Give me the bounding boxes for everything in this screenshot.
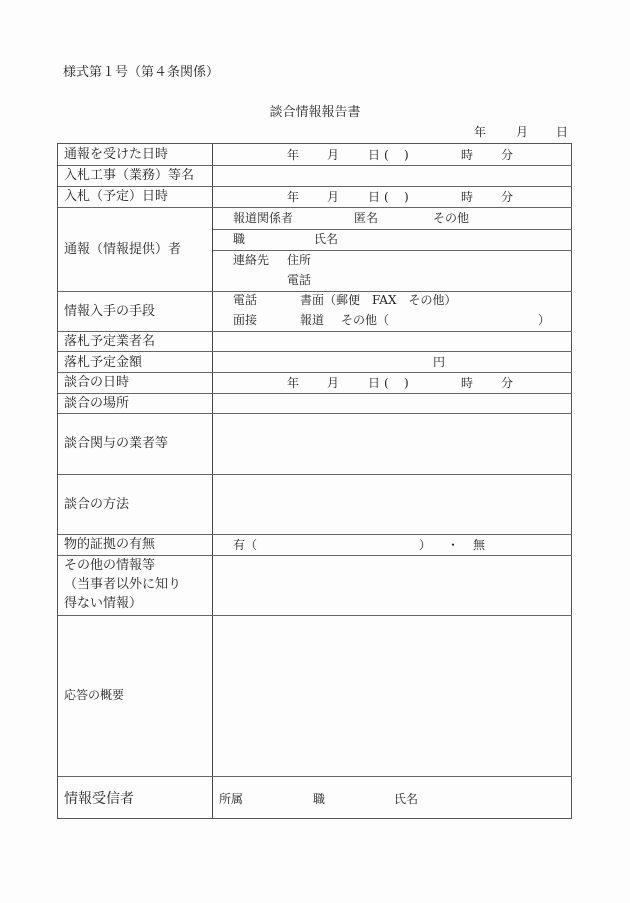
winning-amount-label: 落札予定金額 [64, 356, 142, 369]
minute-unit: 分 [501, 191, 513, 203]
winning-bidder-field[interactable] [218, 335, 568, 349]
row-divider [58, 393, 572, 394]
recipient-position-label[interactable]: 職 [313, 793, 325, 805]
row-divider [58, 776, 572, 777]
row-divider [58, 165, 572, 166]
yen-unit: 円 [433, 356, 445, 368]
informant-type-anonymous[interactable]: 匿名 [354, 212, 378, 224]
collusion-datetime-label: 談合の日時 [64, 376, 129, 389]
row-divider [58, 534, 572, 535]
year-unit: 年 [287, 149, 299, 161]
sub-row-divider [213, 250, 572, 251]
hour-unit: 時 [461, 191, 473, 203]
project-name-field[interactable] [218, 169, 568, 183]
column-divider [212, 144, 213, 819]
received-datetime-label: 通報を受けた日時 [64, 148, 168, 161]
hour-unit: 時 [461, 149, 473, 161]
row-divider [58, 351, 572, 352]
method-phone[interactable]: 電話 [233, 294, 257, 306]
weekday-close-paren: ) [404, 377, 409, 389]
row-divider [58, 474, 572, 475]
evidence-separator: ・ [447, 539, 459, 551]
header-month-label: 月 [516, 126, 528, 138]
informant-label: 通報（情報提供）者 [64, 243, 181, 256]
informant-type-press[interactable]: 報道関係者 [233, 212, 293, 224]
collusion-place-label: 談合の場所 [64, 397, 129, 410]
recipient-name-label[interactable]: 氏名 [394, 793, 418, 805]
evidence-yes-option[interactable]: 有（ [233, 539, 257, 551]
hour-unit: 時 [461, 377, 473, 389]
informant-name-label: 氏名 [314, 233, 338, 245]
informant-position-label: 職 [233, 233, 245, 245]
method-press[interactable]: 報道 [300, 314, 324, 326]
other-info-label: その他の情報等 （当事者以外に知り 得ない情報） [64, 556, 181, 613]
day-unit: 日 [368, 149, 380, 161]
method-other[interactable]: その他（ [341, 314, 389, 326]
involved-parties-label: 談合関与の業者等 [64, 437, 168, 450]
other-info-label-line1: その他の情報等 [64, 558, 155, 573]
evidence-yes-close-paren: ） [419, 539, 431, 551]
header-year-label: 年 [474, 126, 486, 138]
other-info-field[interactable] [218, 560, 568, 612]
informant-address-label: 住所 [287, 254, 311, 266]
month-unit: 月 [327, 191, 339, 203]
sub-row-divider [213, 229, 572, 230]
weekday-open-paren: ( [384, 191, 389, 203]
weekday-close-paren: ) [404, 191, 409, 203]
acquisition-method-label: 情報入手の手段 [64, 305, 155, 318]
day-unit: 日 [368, 377, 380, 389]
weekday-close-paren: ) [404, 149, 409, 161]
form-identifier: 様式第１号（第４条関係） [63, 66, 219, 79]
response-summary-label: 応答の概要 [64, 689, 124, 701]
row-divider [58, 331, 572, 332]
row-divider [58, 207, 572, 208]
winning-bidder-label: 落札予定業者名 [64, 335, 155, 348]
informant-phone-label: 電話 [287, 274, 311, 286]
project-name-label: 入札工事（業務）等名 [64, 169, 194, 182]
informant-type-other[interactable]: その他 [433, 212, 469, 224]
day-unit: 日 [368, 191, 380, 203]
minute-unit: 分 [501, 377, 513, 389]
method-interview[interactable]: 面接 [233, 314, 257, 326]
minute-unit: 分 [501, 149, 513, 161]
informant-contact-label: 連絡先 [233, 254, 269, 266]
physical-evidence-label: 物的証拠の有無 [64, 538, 155, 551]
header-day-label: 日 [556, 126, 568, 138]
other-info-label-line3: 得ない情報） [64, 596, 142, 611]
weekday-open-paren: ( [384, 149, 389, 161]
collusion-method-field[interactable] [218, 480, 568, 530]
year-unit: 年 [287, 191, 299, 203]
report-form-table: 通報を受けた日時 年 月 日 ( ) 時 分 入札工事（業務）等名 入札（予定）… [57, 143, 572, 819]
row-divider [58, 413, 572, 414]
year-unit: 年 [287, 377, 299, 389]
row-divider [58, 186, 572, 187]
row-divider [58, 291, 572, 292]
row-divider [58, 615, 572, 616]
collusion-method-label: 談合の方法 [64, 498, 129, 511]
weekday-open-paren: ( [384, 377, 389, 389]
method-written[interactable]: 書面（郵便 FAX その他） [300, 294, 457, 306]
row-divider [58, 372, 572, 373]
month-unit: 月 [327, 377, 339, 389]
document-title: 談合情報報告書 [0, 106, 630, 119]
month-unit: 月 [327, 149, 339, 161]
recipient-label: 情報受信者 [64, 792, 134, 806]
response-summary-field[interactable] [218, 621, 568, 771]
method-other-close-paren: ） [538, 314, 550, 326]
evidence-no-option[interactable]: 無 [473, 539, 485, 551]
other-info-label-line2: （当事者以外に知り [64, 577, 181, 592]
collusion-place-field[interactable] [218, 397, 568, 411]
bid-datetime-label: 入札（予定）日時 [64, 190, 168, 203]
involved-parties-field[interactable] [218, 419, 568, 471]
recipient-affiliation-label[interactable]: 所属 [219, 793, 243, 805]
